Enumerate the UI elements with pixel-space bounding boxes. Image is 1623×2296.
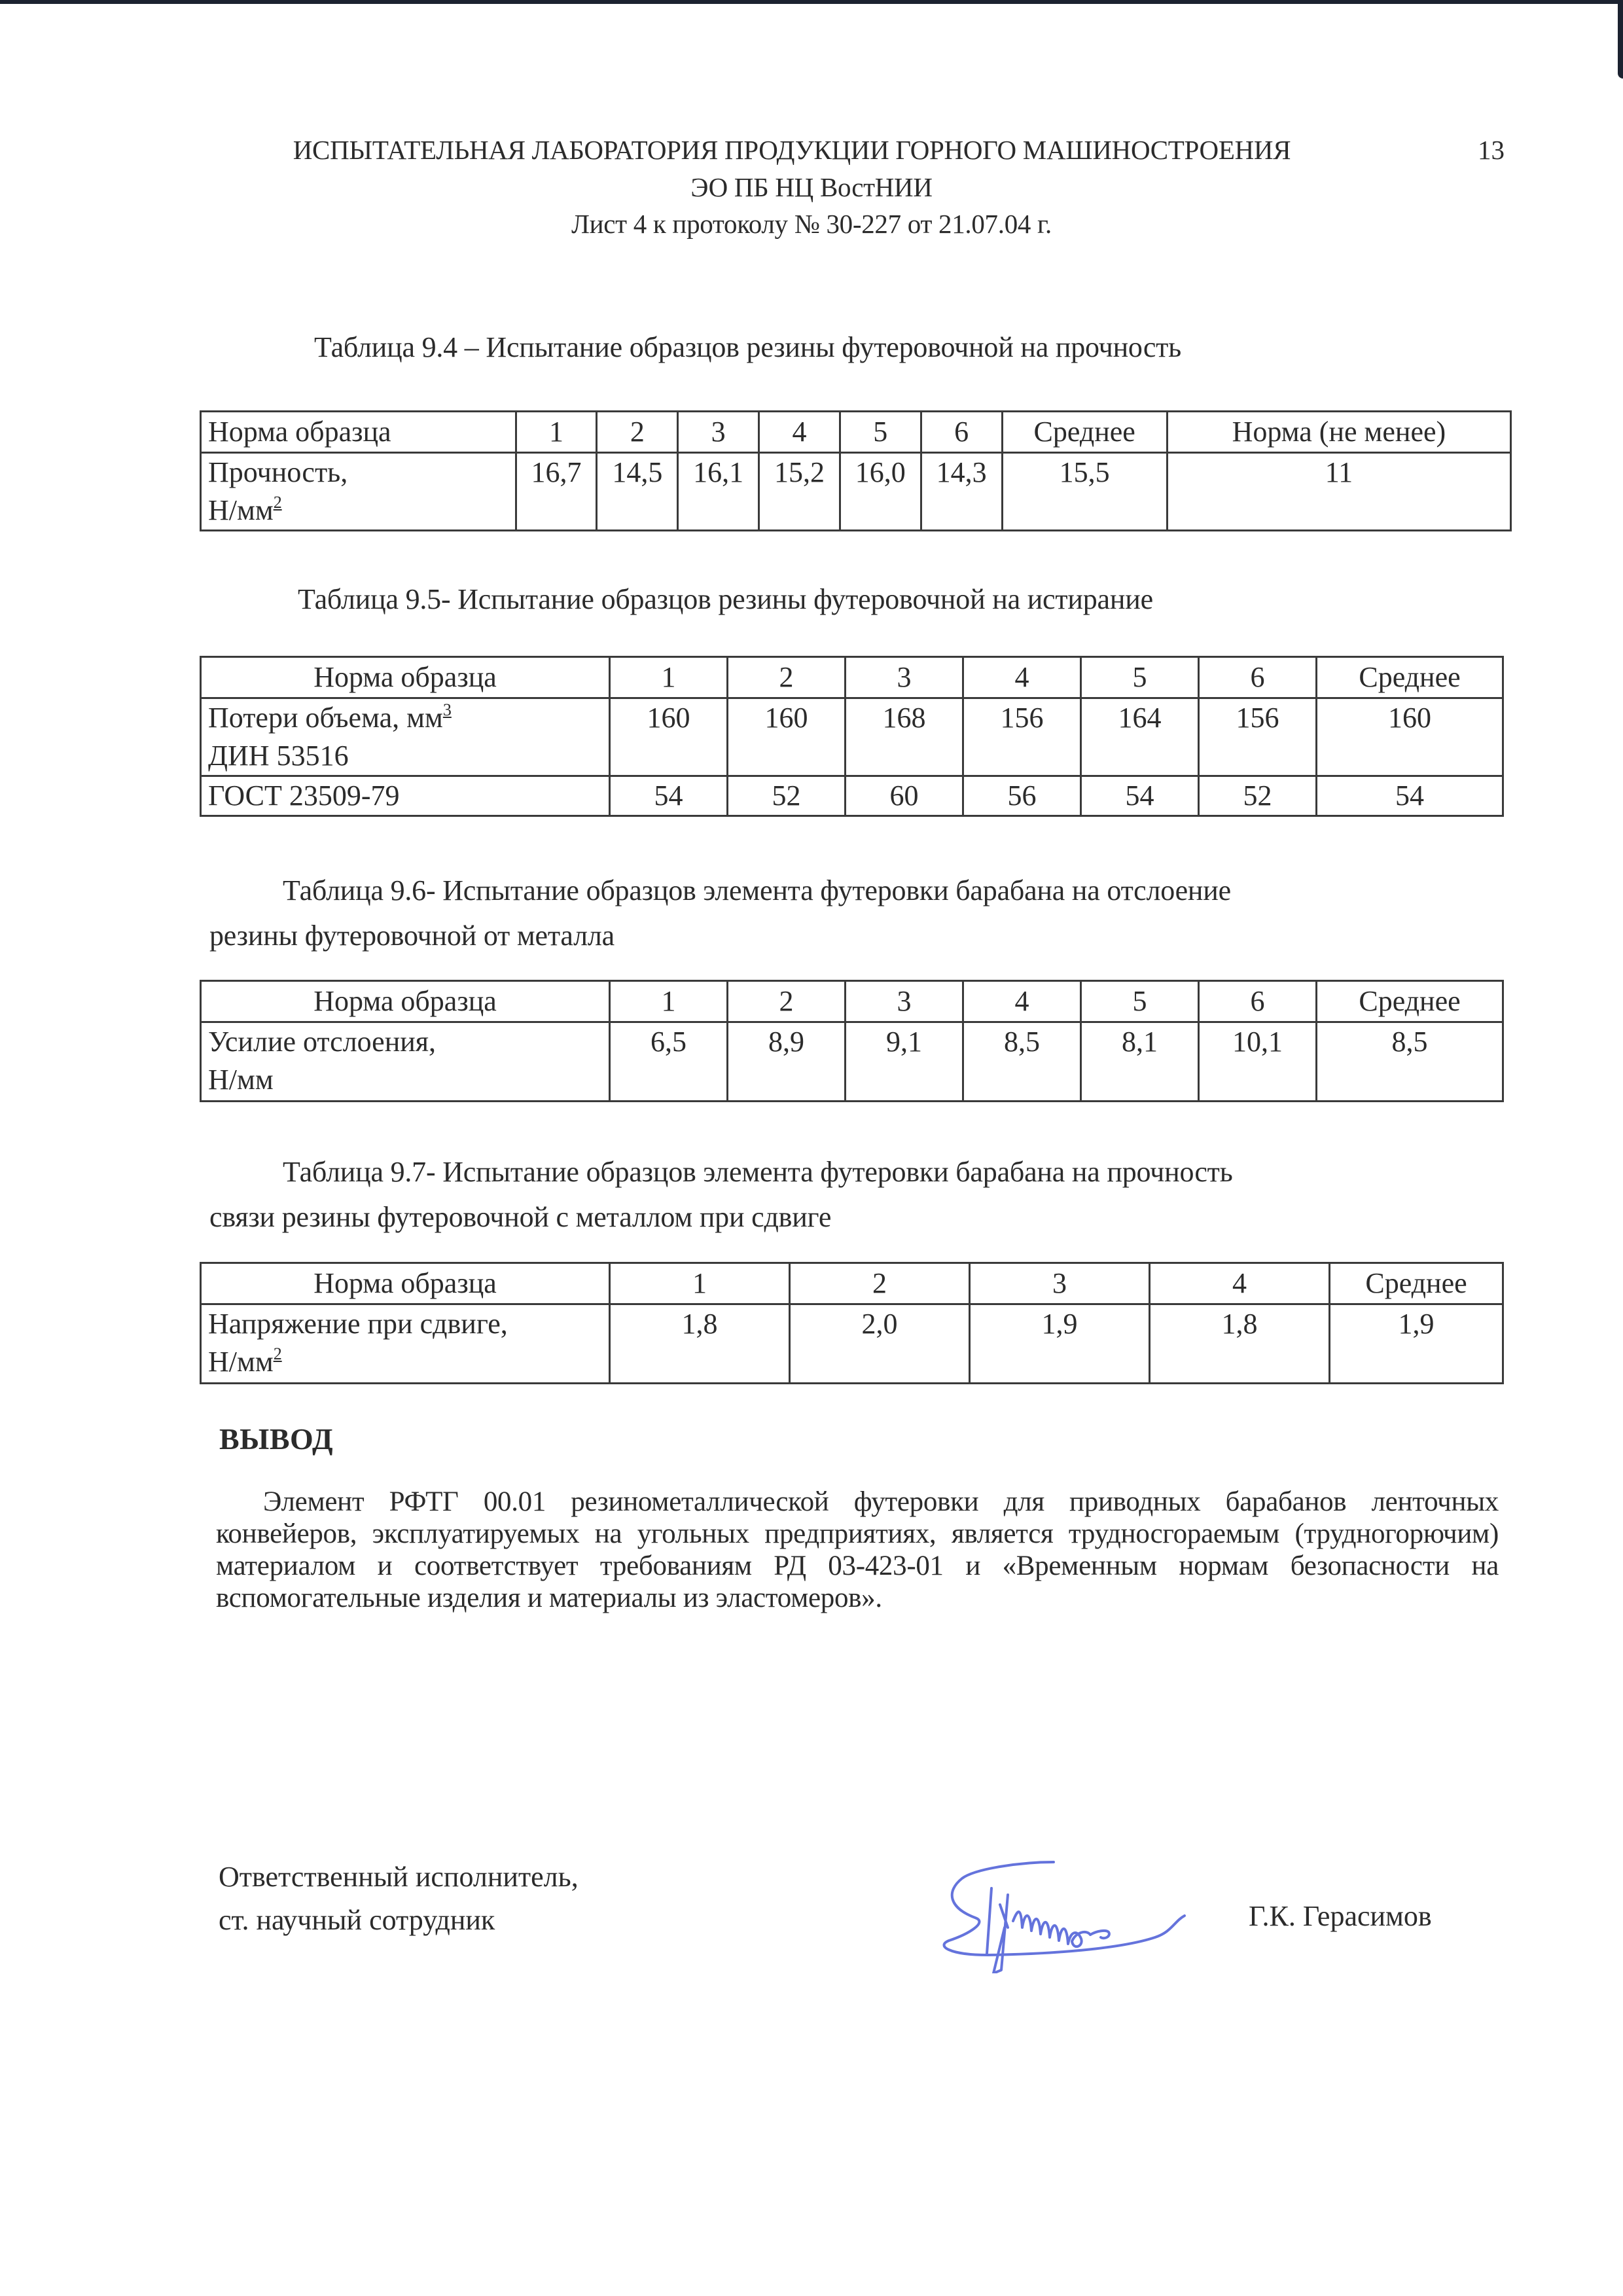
header-cell: Норма (не менее) [1167, 412, 1510, 453]
table-header-row: Норма образца 1 2 3 4 5 6 Среднее Норма … [201, 412, 1511, 453]
header-cell: 1 [610, 981, 728, 1022]
average-cell: 54 [1317, 776, 1503, 816]
table-9-6: Норма образца 1 2 3 4 5 6 Среднее Усилие… [200, 980, 1504, 1102]
value-cell: 16,0 [840, 453, 921, 531]
table-row: Прочность, Н/мм2 16,7 14,5 16,1 15,2 16,… [201, 453, 1511, 531]
header-cell: 4 [963, 981, 1081, 1022]
table-9-4-caption: Таблица 9.4 – Испытание образцов резины … [314, 331, 1181, 364]
value-cell: 52 [1199, 776, 1317, 816]
table-9-4: Норма образца 1 2 3 4 5 6 Среднее Норма … [200, 410, 1512, 531]
conclusion-paragraph: Элемент РФТГ 00.01 резинометаллической ф… [216, 1486, 1499, 1614]
header-cell: Среднее [1317, 981, 1503, 1022]
value-cell: 54 [1081, 776, 1199, 816]
row-label: Усилие отслоения, Н/мм [201, 1022, 610, 1102]
value-cell: 6,5 [610, 1022, 728, 1102]
value-cell: 14,5 [597, 453, 678, 531]
table-9-5: Норма образца 1 2 3 4 5 6 Среднее Потери… [200, 656, 1504, 817]
table-row: Напряжение при сдвиге, Н/мм2 1,8 2,0 1,9… [201, 1304, 1503, 1384]
header-cell: 4 [759, 412, 840, 453]
header-cell: Норма образца [201, 412, 516, 453]
row-label: Потери объема, мм3 ДИН 53516 [201, 698, 610, 776]
value-cell: 2,0 [790, 1304, 970, 1384]
header-cell: Норма образца [201, 657, 610, 698]
average-cell: 1,9 [1330, 1304, 1503, 1384]
header-cell: 6 [921, 412, 1002, 453]
header-cell: 5 [1081, 657, 1199, 698]
header-cell: 3 [678, 412, 759, 453]
norm-cell: 11 [1167, 453, 1510, 531]
header-cell: 2 [728, 981, 846, 1022]
header-cell: 1 [516, 412, 597, 453]
value-cell: 14,3 [921, 453, 1002, 531]
row-label: Прочность, Н/мм2 [201, 453, 516, 531]
value-cell: 60 [846, 776, 963, 816]
header-cell: Среднее [1317, 657, 1503, 698]
header-cell: 2 [597, 412, 678, 453]
signatory-name: Г.К. Герасимов [1249, 1899, 1432, 1933]
average-cell: 160 [1317, 698, 1503, 776]
value-cell: 9,1 [846, 1022, 963, 1102]
row-label: ГОСТ 23509-79 [201, 776, 610, 816]
header-cell: 1 [610, 657, 728, 698]
signatory-role: Ответственный исполнитель, ст. научный с… [219, 1856, 579, 1942]
scan-edge [0, 0, 1623, 4]
value-cell: 54 [610, 776, 728, 816]
value-cell: 8,5 [963, 1022, 1081, 1102]
conclusion-heading: ВЫВОД [219, 1422, 333, 1456]
table-header-row: Норма образца 1 2 3 4 5 6 Среднее [201, 657, 1503, 698]
organization-header: ЭО ПБ НЦ ВостНИИ [0, 171, 1623, 203]
value-cell: 10,1 [1199, 1022, 1317, 1102]
value-cell: 56 [963, 776, 1081, 816]
value-cell: 8,9 [728, 1022, 846, 1102]
header-cell: 4 [963, 657, 1081, 698]
header-cell: Среднее [1330, 1263, 1503, 1304]
header-cell: Среднее [1002, 412, 1167, 453]
lab-name-header: ИСПЫТАТЕЛЬНАЯ ЛАБОРАТОРИЯ ПРОДУКЦИИ ГОРН… [0, 134, 1623, 166]
handwritten-signature-icon [910, 1842, 1211, 1973]
value-cell: 160 [728, 698, 846, 776]
table-9-7: Норма образца 1 2 3 4 Среднее Напряжение… [200, 1262, 1504, 1384]
table-row: Усилие отслоения, Н/мм 6,5 8,9 9,1 8,5 8… [201, 1022, 1503, 1102]
value-cell: 168 [846, 698, 963, 776]
average-cell: 8,5 [1317, 1022, 1503, 1102]
row-label: Напряжение при сдвиге, Н/мм2 [201, 1304, 610, 1384]
value-cell: 156 [963, 698, 1081, 776]
table-9-5-caption: Таблица 9.5- Испытание образцов резины ф… [298, 583, 1153, 616]
header-cell: 3 [846, 657, 963, 698]
table-row: ГОСТ 23509-79 54 52 60 56 54 52 54 [201, 776, 1503, 816]
protocol-reference: Лист 4 к протоколу № 30-227 от 21.07.04 … [0, 208, 1623, 240]
value-cell: 16,7 [516, 453, 597, 531]
value-cell: 164 [1081, 698, 1199, 776]
header-cell: 6 [1199, 981, 1317, 1022]
average-cell: 15,5 [1002, 453, 1167, 531]
table-row: Потери объема, мм3 ДИН 53516 160 160 168… [201, 698, 1503, 776]
value-cell: 16,1 [678, 453, 759, 531]
value-cell: 1,8 [610, 1304, 790, 1384]
value-cell: 1,9 [970, 1304, 1150, 1384]
table-9-6-caption: Таблица 9.6- Испытание образцов элемента… [283, 868, 1526, 958]
header-cell: 6 [1199, 657, 1317, 698]
header-cell: Норма образца [201, 1263, 610, 1304]
value-cell: 160 [610, 698, 728, 776]
scan-edge-corner [1618, 0, 1623, 79]
table-header-row: Норма образца 1 2 3 4 5 6 Среднее [201, 981, 1503, 1022]
value-cell: 8,1 [1081, 1022, 1199, 1102]
header-cell: Норма образца [201, 981, 610, 1022]
header-cell: 2 [728, 657, 846, 698]
table-9-7-caption: Таблица 9.7- Испытание образцов элемента… [283, 1149, 1526, 1240]
value-cell: 156 [1199, 698, 1317, 776]
header-cell: 3 [970, 1263, 1150, 1304]
header-cell: 3 [846, 981, 963, 1022]
header-cell: 2 [790, 1263, 970, 1304]
header-cell: 5 [1081, 981, 1199, 1022]
value-cell: 1,8 [1150, 1304, 1330, 1384]
table-header-row: Норма образца 1 2 3 4 Среднее [201, 1263, 1503, 1304]
header-cell: 5 [840, 412, 921, 453]
header-cell: 4 [1150, 1263, 1330, 1304]
header-cell: 1 [610, 1263, 790, 1304]
value-cell: 15,2 [759, 453, 840, 531]
page-number: 13 [1478, 134, 1505, 166]
value-cell: 52 [728, 776, 846, 816]
